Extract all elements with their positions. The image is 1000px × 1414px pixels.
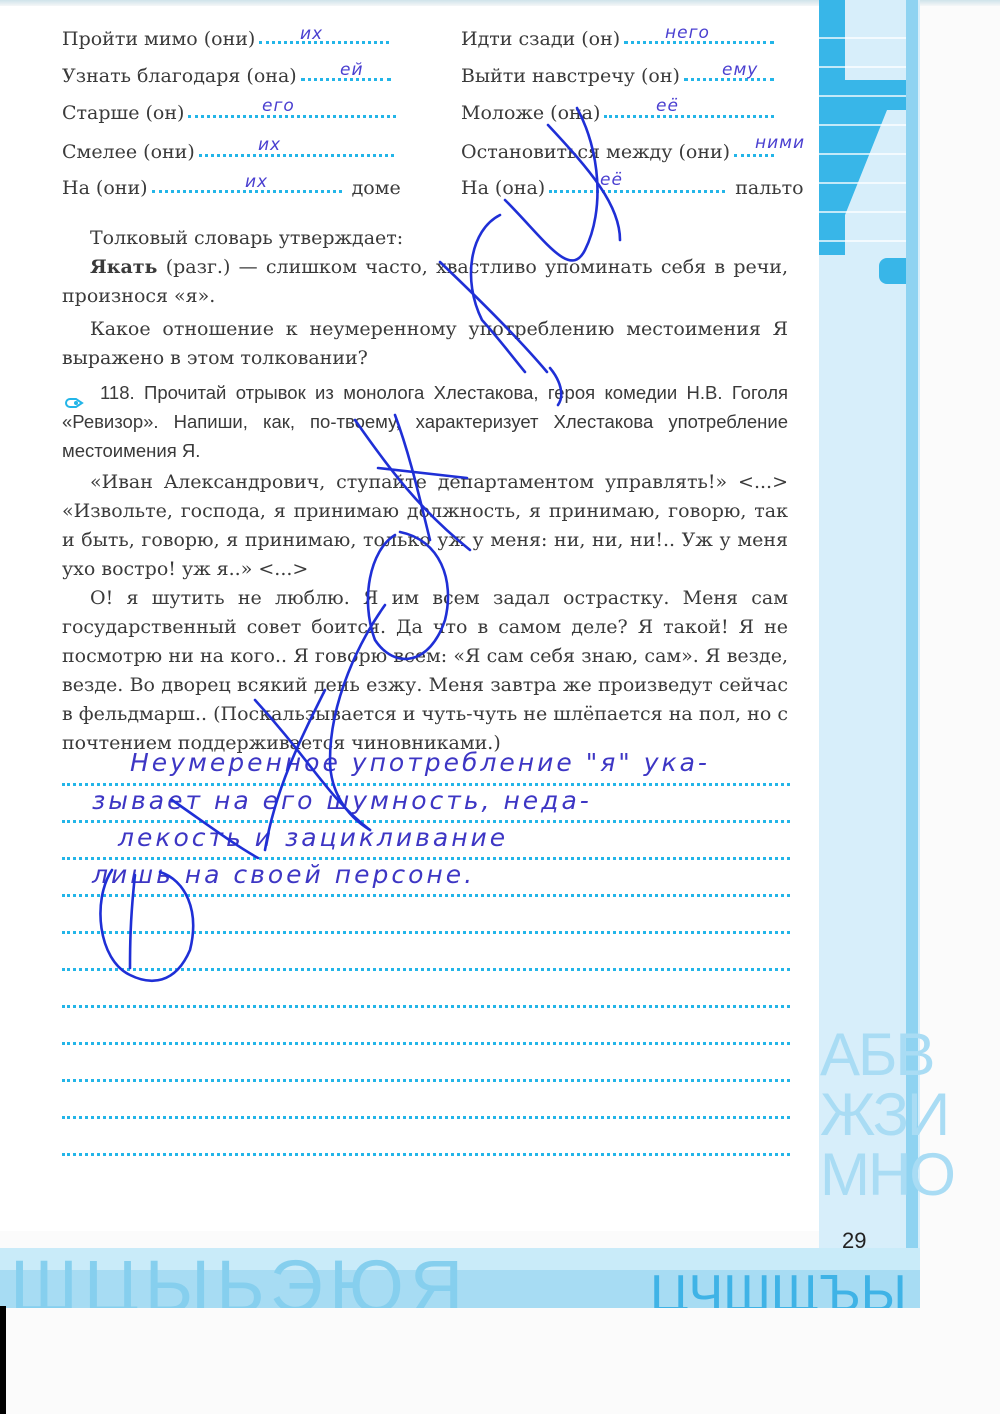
handwritten-answer-line-1: Неумеренное употребление "я" ука- (130, 748, 710, 777)
answer-field[interactable]: её (600, 170, 623, 190)
dictionary-entry: Якать (разг.) — слишком часто, хвастливо… (62, 253, 788, 311)
exercise-link-icon (62, 388, 86, 400)
suffix: доме (352, 177, 401, 199)
answer-field[interactable]: её (656, 96, 679, 116)
pair-left-3: Старше (он) (62, 104, 396, 123)
pair-left-4: Смелее (они) (62, 143, 394, 162)
quote-block: «Иван Александрович, ступайте департамен… (62, 468, 788, 758)
answer-line-4[interactable] (62, 894, 790, 897)
answer-field[interactable]: их (300, 24, 323, 44)
handwritten-answer-line-3: лекость и зацикливание (118, 823, 508, 852)
prompt: Узнать благодаря (она) (62, 65, 297, 87)
band-shape-diagonal (819, 105, 889, 245)
dictionary-definition: (разг.) — слишком часто, хвастливо упоми… (62, 256, 788, 307)
side-letters-2: ЖЗИ (820, 1085, 948, 1145)
bottom-alphabet-letters: ЦЧШЩЪЫ (650, 1268, 907, 1308)
side-letters-1: АБВ (820, 1025, 933, 1085)
answer-line-10[interactable] (62, 1116, 790, 1119)
prompt: На (они) (62, 177, 148, 199)
dictionary-question: Какое отношение к неумеренному употребле… (62, 315, 788, 373)
prompt: Пройти мимо (они) (62, 28, 255, 50)
prompt: Старше (он) (62, 102, 184, 124)
answer-field[interactable]: их (258, 135, 281, 155)
pair-right-3: Моложе (она) (461, 104, 774, 123)
prompt: Смелее (они) (62, 141, 195, 163)
prompt: Идти сзади (он) (461, 28, 620, 50)
pair-left-5: На (они) доме (62, 179, 401, 198)
handwritten-answer-line-4: лишь на своей персоне. (92, 860, 475, 889)
dictionary-section: Толковый словарь утверждает: Якать (разг… (62, 224, 788, 373)
answer-line-6[interactable] (62, 968, 790, 971)
answer-field[interactable]: него (665, 23, 710, 43)
prompt: Остановиться между (они) (461, 141, 730, 163)
pair-right-4: Остановиться между (они) (461, 143, 774, 162)
answer-line-5[interactable] (62, 931, 790, 934)
scan-edge (0, 1306, 6, 1414)
answer-field[interactable]: ними (755, 133, 805, 153)
answer-field[interactable]: его (262, 96, 295, 116)
prompt: Моложе (она) (461, 102, 600, 124)
quote-paragraph-2: О! я шутить не люблю. Я им всем задал ос… (62, 584, 788, 758)
answer-line-9[interactable] (62, 1079, 790, 1082)
answer-field[interactable]: ему (722, 60, 758, 80)
pair-right-5: На (она) пальто (461, 179, 804, 198)
answer-field[interactable]: их (245, 172, 268, 192)
answer-line-7[interactable] (62, 1005, 790, 1008)
page-number: 29 (842, 1228, 866, 1254)
quote-paragraph-1: «Иван Александрович, ступайте департамен… (62, 468, 788, 584)
dictionary-term: Якать (90, 256, 157, 278)
bottom-decorative-band: ШЦЫЬЭЮЯ ЦЧШЩЪЫ (0, 1248, 920, 1308)
dictionary-intro: Толковый словарь утверждает: (62, 224, 788, 253)
answer-line-8[interactable] (62, 1042, 790, 1045)
prompt: На (она) (461, 177, 545, 199)
pair-left-1: Пройти мимо (они) (62, 30, 389, 49)
exercise-number: 118. (100, 382, 135, 403)
side-letters-3: МНО (820, 1145, 954, 1205)
pair-right-1: Идти сзади (он) (461, 30, 774, 49)
bottom-faded-letters: ШЦЫЬЭЮЯ (10, 1250, 469, 1308)
suffix: пальто (735, 177, 803, 199)
handwritten-answer-line-2: зывает на его шумность, неда- (92, 786, 592, 815)
band-shape-tab (879, 258, 907, 284)
answer-line-11[interactable] (62, 1153, 790, 1156)
answer-field[interactable]: ей (340, 60, 364, 80)
exercise-118-task: 118. Прочитай отрывок из монолога Хлеста… (62, 378, 788, 465)
exercise-task-text: Прочитай отрывок из монолога Хлестакова,… (62, 382, 788, 461)
prompt: Выйти навстречу (он) (461, 65, 680, 87)
